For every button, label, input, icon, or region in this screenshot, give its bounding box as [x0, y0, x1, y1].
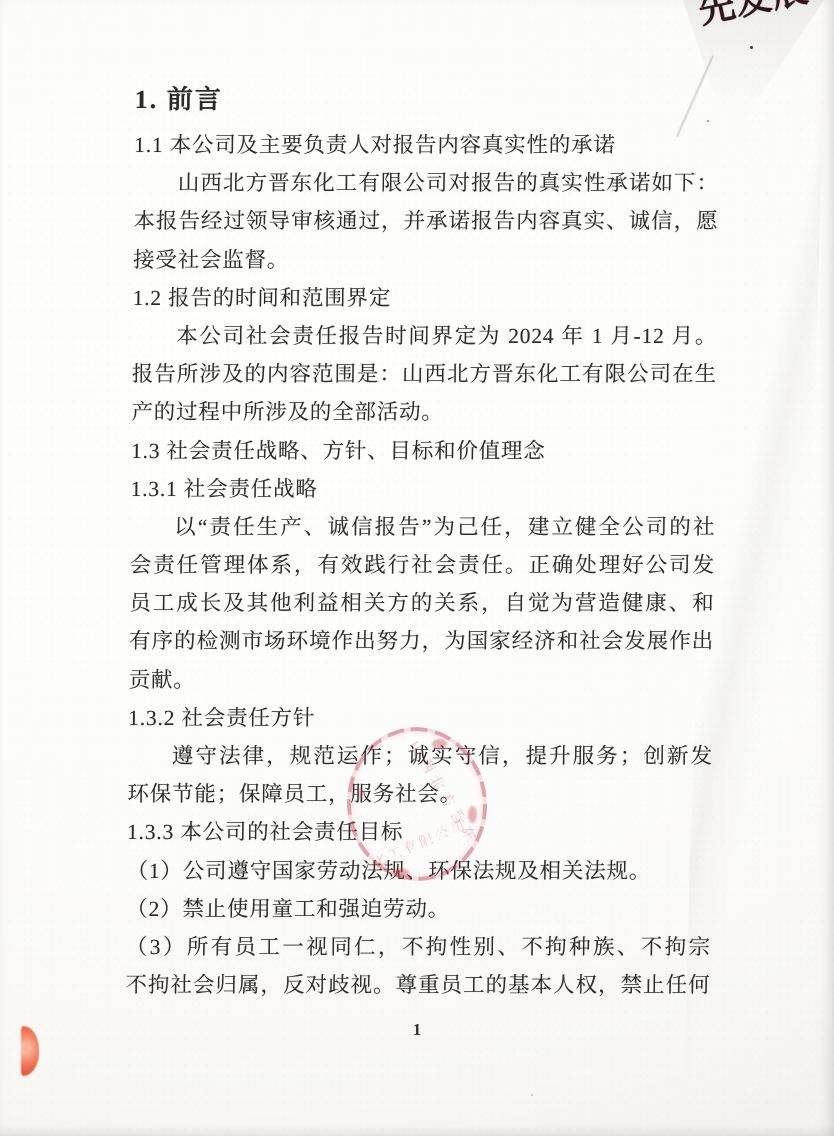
text-line: 山西北方晋东化工有限公司对报告的真实性承诺如下：: [134, 164, 719, 202]
seal-ink-blot: [468, 806, 477, 823]
section-heading: 1. 前言: [134, 74, 720, 126]
seal-ink-blot: [392, 868, 409, 877]
scan-speck: [531, 1094, 533, 1096]
scan-speck: [750, 46, 753, 49]
seal-arc-text: 化工有限公司: [369, 814, 471, 872]
text-line: 贡献。: [128, 661, 713, 699]
scanned-document-page: 先发展 1. 前言1.1 本公司及主要负责人对报告内容真实性的承诺山西北方晋东化…: [0, 0, 834, 1136]
text-line: 接受社会监督。: [133, 241, 718, 279]
scan-speck: [707, 120, 709, 122]
text-line: 1.1 本公司及主要负责人对报告内容真实性的承诺: [134, 126, 719, 164]
text-line: 本公司社会责任报告时间界定为 2024 年 1 月-12 月。本: [132, 317, 717, 355]
page-number: 1: [0, 1020, 834, 1040]
seal-ink-blot: [357, 788, 364, 800]
text-line: 1.3 社会责任战略、方针、目标和价值理念: [131, 432, 716, 470]
text-line: 报告所涉及的内容范围是：山西北方晋东化工有限公司在生: [132, 355, 717, 393]
corner-stamp-text: 先发展: [698, 0, 813, 34]
text-line: 产的过程中所涉及的全部活动。: [131, 393, 716, 431]
text-line: 本报告经过领导审核通过，并承诺报告内容真实、诚信，愿: [133, 202, 718, 240]
text-line: 1.3.1 社会责任战略: [130, 470, 715, 508]
text-line: 1.2 报告的时间和范围界定: [132, 279, 717, 317]
text-line: 员工成长及其他利益相关方的关系，自觉为营造健康、和谐、: [129, 584, 714, 622]
text-line: 以“责任生产、诚信报告”为己任，建立健全公司的社: [130, 508, 715, 546]
text-line: 会责任管理体系，有效践行社会责任。正确处理好公司发展、: [130, 546, 715, 584]
text-line: （2）禁止使用童工和强迫劳动。: [126, 890, 711, 928]
text-line: （3）所有员工一视同仁，不拘性别、不拘种族、不拘宗教、: [126, 928, 711, 966]
text-line: 不拘社会归属，反对歧视。尊重员工的基本人权，禁止任何: [125, 966, 710, 1004]
text-line: 有序的检测市场环境作出努力，为国家经济和社会发展作出: [129, 622, 714, 660]
seal-ink-blot: [432, 739, 447, 749]
corner-stamp-fragment: 先发展: [698, 0, 816, 54]
